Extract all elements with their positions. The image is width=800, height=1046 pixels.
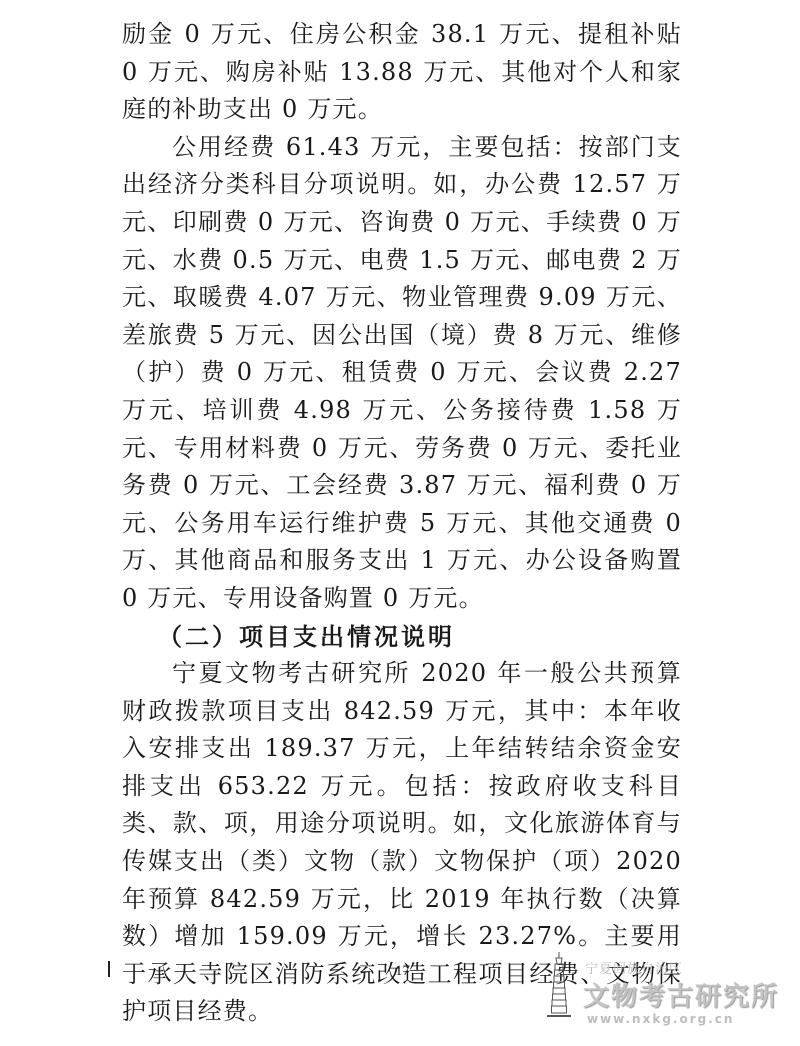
logo-url-text: www.nxkg.org.cn: [587, 1012, 734, 1026]
paragraph-public-expenses: 公用经费 61.43 万元，主要包括：按部门支出经济分类科目分项说明。如，办公费…: [122, 129, 682, 618]
text-cursor-mark: [108, 961, 110, 977]
document-body: 励金 0 万元、住房公积金 38.1 万元、提租补贴 0 万元、购房补贴 13.…: [122, 16, 682, 1031]
logo-region-text: 宁夏回族自治区: [585, 958, 683, 977]
institute-logo: 宁夏回族自治区 文物考古研究所 www.nxkg.org.cn: [545, 950, 795, 1030]
page-number: 17: [395, 963, 410, 980]
logo-name-text: 文物考古研究所: [583, 976, 779, 1013]
section-heading-project-expenditure: （二）项目支出情况说明: [122, 618, 682, 656]
pagoda-icon: [547, 952, 571, 1024]
paragraph-continuation: 励金 0 万元、住房公积金 38.1 万元、提租补贴 0 万元、购房补贴 13.…: [122, 16, 682, 129]
